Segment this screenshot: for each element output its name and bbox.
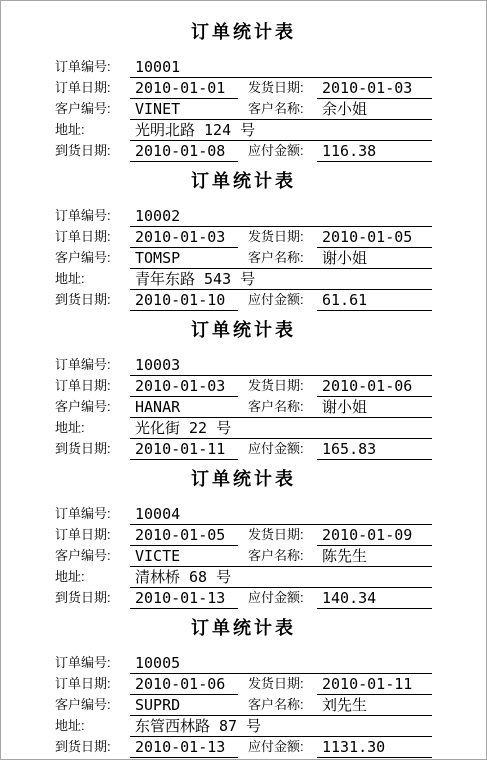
report-title: 订单统计表 (55, 617, 432, 639)
order-no-value: 10003 (130, 355, 432, 376)
customer-code-value: VINET (130, 99, 238, 120)
address-value: 光化街 22 号 (130, 418, 432, 439)
address-label: 地址: (55, 418, 130, 439)
ship-date-label: 发货日期: (238, 376, 317, 397)
report-title: 订单统计表 (55, 170, 432, 192)
address-value: 光明北路 124 号 (130, 120, 432, 141)
order-date-value: 2010-01-05 (130, 525, 238, 546)
order-fields-grid: 订单编号: 10001 订单日期: 2010-01-01 发货日期: 2010-… (55, 57, 432, 162)
customer-name-label: 客户名称: (238, 546, 317, 567)
report-title: 订单统计表 (55, 319, 432, 341)
ship-date-value: 2010-01-05 (317, 227, 432, 248)
amount-due-label: 应付金额: (238, 737, 317, 758)
arrival-date-label: 到货日期: (55, 588, 130, 609)
customer-code-label: 客户编号: (55, 397, 130, 418)
customer-name-value: 谢小姐 (317, 248, 432, 269)
ship-date-label: 发货日期: (238, 674, 317, 695)
amount-due-value: 140.34 (317, 588, 432, 609)
arrival-date-label: 到货日期: (55, 737, 130, 758)
order-report-card: 订单统计表 订单编号: 10004 订单日期: 2010-01-05 发货日期:… (55, 468, 432, 609)
order-no-value: 10002 (130, 206, 432, 227)
customer-name-value: 陈先生 (317, 546, 432, 567)
order-date-value: 2010-01-03 (130, 227, 238, 248)
customer-name-label: 客户名称: (238, 397, 317, 418)
arrival-date-value: 2010-01-13 (130, 737, 238, 758)
customer-name-value: 余小姐 (317, 99, 432, 120)
arrival-date-value: 2010-01-11 (130, 439, 238, 460)
amount-due-value: 165.83 (317, 439, 432, 460)
ship-date-label: 发货日期: (238, 525, 317, 546)
arrival-date-label: 到货日期: (55, 290, 130, 311)
amount-due-label: 应付金额: (238, 588, 317, 609)
address-label: 地址: (55, 269, 130, 290)
order-date-label: 订单日期: (55, 78, 130, 99)
amount-due-label: 应付金额: (238, 439, 317, 460)
customer-code-label: 客户编号: (55, 248, 130, 269)
order-fields-grid: 订单编号: 10003 订单日期: 2010-01-03 发货日期: 2010-… (55, 355, 432, 460)
order-date-label: 订单日期: (55, 674, 130, 695)
amount-due-value: 1131.30 (317, 737, 432, 758)
report-title: 订单统计表 (55, 21, 432, 43)
order-report-card: 订单统计表 订单编号: 10002 订单日期: 2010-01-03 发货日期:… (55, 170, 432, 311)
arrival-date-label: 到货日期: (55, 439, 130, 460)
order-no-label: 订单编号: (55, 57, 130, 78)
arrival-date-value: 2010-01-13 (130, 588, 238, 609)
customer-code-value: HANAR (130, 397, 238, 418)
address-value: 清林桥 68 号 (130, 567, 432, 588)
order-no-value: 10001 (130, 57, 432, 78)
address-label: 地址: (55, 716, 130, 737)
ship-date-value: 2010-01-03 (317, 78, 432, 99)
arrival-date-value: 2010-01-10 (130, 290, 238, 311)
order-date-label: 订单日期: (55, 227, 130, 248)
address-label: 地址: (55, 567, 130, 588)
ship-date-label: 发货日期: (238, 78, 317, 99)
ship-date-value: 2010-01-06 (317, 376, 432, 397)
ship-date-label: 发货日期: (238, 227, 317, 248)
amount-due-label: 应付金额: (238, 290, 317, 311)
order-fields-grid: 订单编号: 10002 订单日期: 2010-01-03 发货日期: 2010-… (55, 206, 432, 311)
order-no-label: 订单编号: (55, 206, 130, 227)
customer-code-value: SUPRD (130, 695, 238, 716)
report-title: 订单统计表 (55, 468, 432, 490)
customer-code-label: 客户编号: (55, 695, 130, 716)
order-no-label: 订单编号: (55, 653, 130, 674)
order-report-card: 订单统计表 订单编号: 10003 订单日期: 2010-01-03 发货日期:… (55, 319, 432, 460)
order-no-label: 订单编号: (55, 504, 130, 525)
customer-name-label: 客户名称: (238, 99, 317, 120)
order-no-value: 10004 (130, 504, 432, 525)
customer-name-value: 谢小姐 (317, 397, 432, 418)
customer-code-label: 客户编号: (55, 546, 130, 567)
address-value: 青年东路 543 号 (130, 269, 432, 290)
amount-due-label: 应付金额: (238, 141, 317, 162)
order-no-label: 订单编号: (55, 355, 130, 376)
order-date-value: 2010-01-01 (130, 78, 238, 99)
arrival-date-label: 到货日期: (55, 141, 130, 162)
order-date-value: 2010-01-03 (130, 376, 238, 397)
ship-date-value: 2010-01-11 (317, 674, 432, 695)
order-report-card: 订单统计表 订单编号: 10005 订单日期: 2010-01-06 发货日期:… (55, 617, 432, 758)
customer-code-value: TOMSP (130, 248, 238, 269)
order-fields-grid: 订单编号: 10005 订单日期: 2010-01-06 发货日期: 2010-… (55, 653, 432, 758)
order-report-card: 订单统计表 订单编号: 10001 订单日期: 2010-01-01 发货日期:… (55, 21, 432, 162)
order-date-label: 订单日期: (55, 376, 130, 397)
customer-code-label: 客户编号: (55, 99, 130, 120)
customer-name-label: 客户名称: (238, 695, 317, 716)
order-date-label: 订单日期: (55, 525, 130, 546)
ship-date-value: 2010-01-09 (317, 525, 432, 546)
order-date-value: 2010-01-06 (130, 674, 238, 695)
report-page: 订单统计表 订单编号: 10001 订单日期: 2010-01-01 发货日期:… (0, 0, 487, 760)
order-no-value: 10005 (130, 653, 432, 674)
customer-name-value: 刘先生 (317, 695, 432, 716)
address-value: 东管西林路 87 号 (130, 716, 432, 737)
address-label: 地址: (55, 120, 130, 141)
amount-due-value: 61.61 (317, 290, 432, 311)
order-fields-grid: 订单编号: 10004 订单日期: 2010-01-05 发货日期: 2010-… (55, 504, 432, 609)
amount-due-value: 116.38 (317, 141, 432, 162)
customer-name-label: 客户名称: (238, 248, 317, 269)
arrival-date-value: 2010-01-08 (130, 141, 238, 162)
customer-code-value: VICTE (130, 546, 238, 567)
